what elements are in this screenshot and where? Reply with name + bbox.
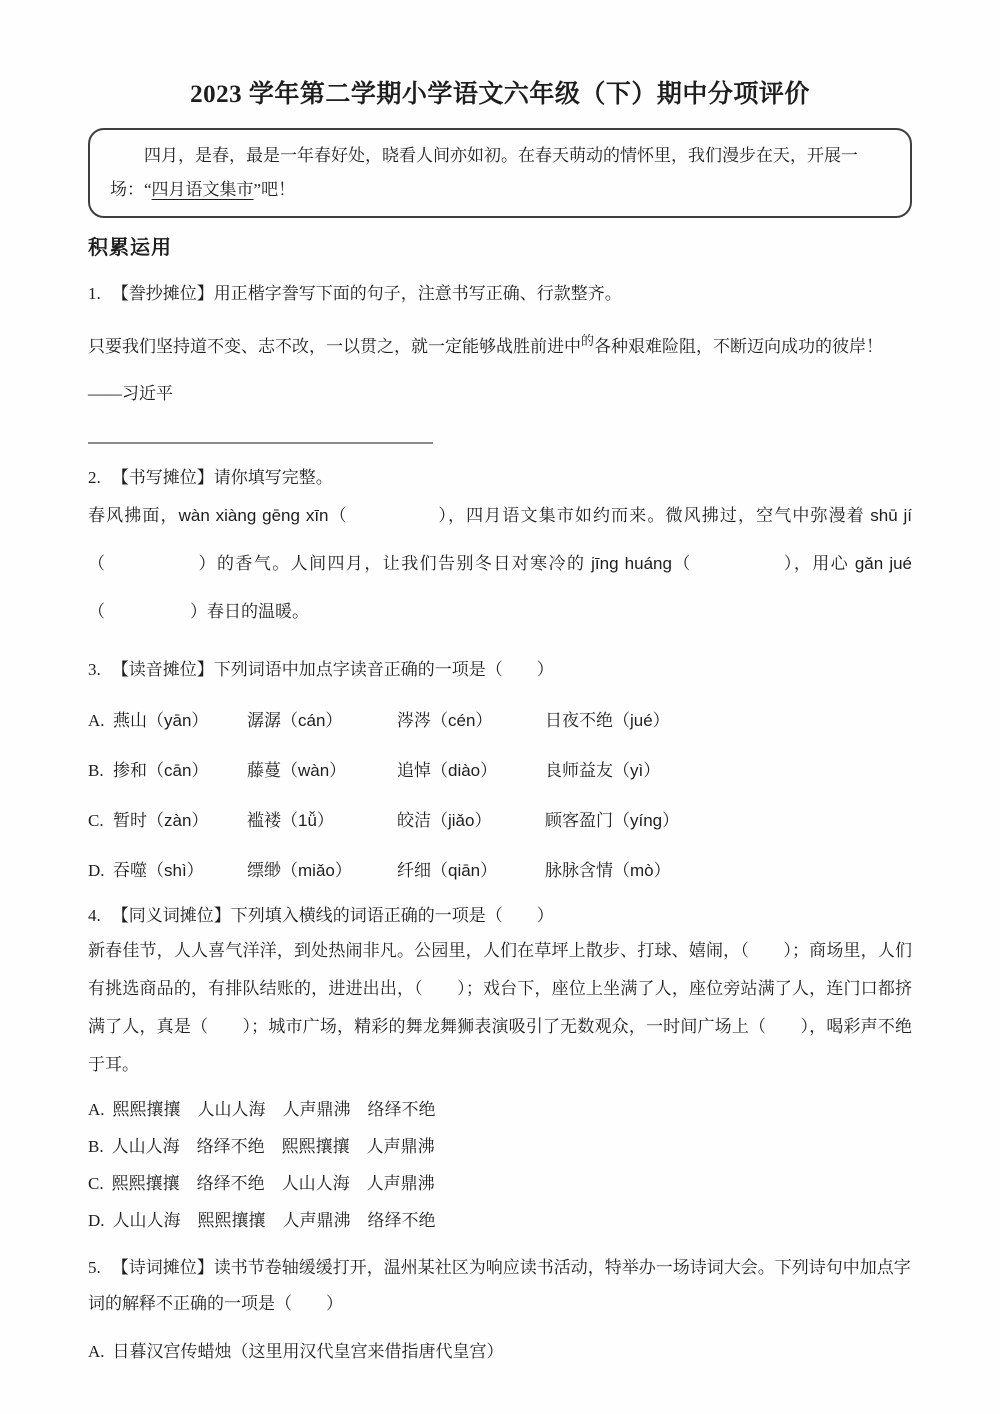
q2-seg4: （ ），用心: [672, 554, 855, 573]
question-2-header: 2.【书写摊位】请你填写完整。: [88, 466, 912, 490]
q2-seg3: （ ）的香气。人间四月，让我们告别冬日对寒冷的: [88, 554, 591, 573]
q3-option-row-a: A. 燕山（yān） 潺潺（cán） 涔涔（cén） 日夜不绝（jué）: [88, 710, 912, 732]
option-word: 暂时（zàn）: [113, 810, 247, 832]
option-word: 燕山（yān）: [113, 710, 247, 732]
question-5-header: 5.【诗词摊位】读书节卷轴缓缓打开，温州某社区为响应读书活动，特举办一场诗词大会…: [88, 1250, 912, 1322]
question-3-tag: 【读音摊位】: [112, 660, 214, 679]
option-text: 人山人海 熙熙攘攘 人声鼎沸 络绎不绝: [113, 1211, 436, 1230]
option-key: A.: [88, 710, 113, 732]
q4-option-c: C.熙熙攘攘 络绎不绝 人山人海 人声鼎沸: [88, 1173, 912, 1195]
option-word: 皎洁（jiǎo）: [397, 810, 545, 832]
option-word: 涔涔（cén）: [397, 710, 545, 732]
answer-writing-line: [88, 442, 433, 444]
question-1-prompt: 用正楷字誊写下面的句子，注意书写正确、行款整齐。: [214, 284, 622, 303]
option-word: 吞噬（shì）: [113, 860, 247, 882]
question-4-header: 4.【同义词摊位】下列填入横线的词语正确的一项是（ ）: [88, 904, 912, 928]
question-1-number: 1.: [88, 284, 101, 303]
option-word: 日夜不绝（jué）: [545, 710, 912, 732]
option-word: 顾客盈门（yíng）: [545, 810, 912, 832]
intro-text-after: ”吧！: [254, 180, 296, 199]
option-word: 掺和（cān）: [113, 760, 247, 782]
option-text: 人山人海 络绎不绝 熙熙攘攘 人声鼎沸: [112, 1137, 435, 1156]
question-2-prompt: 请你填写完整。: [214, 468, 333, 487]
intro-box: 四月，是春，最是一年春好处，晓看人间亦如初。在春天萌动的情怀里，我们漫步在天，开…: [88, 128, 912, 218]
intro-text: 四月，是春，最是一年春好处，晓看人间亦如初。在春天萌动的情怀里，我们漫步在天，开…: [110, 139, 890, 207]
option-key: C.: [88, 1174, 104, 1193]
q1-sentence-after: 各种艰难险阻，不断迈向成功的彼岸！: [594, 337, 883, 356]
q2-seg1: 春风拂面，: [88, 506, 179, 525]
q3-option-row-d: D. 吞噬（shì） 缥缈（miǎo） 纤细（qiān） 脉脉含情（mò）: [88, 860, 912, 882]
question-5-tag: 【诗词摊位】: [112, 1258, 214, 1277]
option-key: A.: [88, 1100, 105, 1119]
q5-option-a: A.日暮汉宫传蜡烛（这里用汉代皇宫来借指唐代皇宫）: [88, 1340, 912, 1364]
question-2-tag: 【书写摊位】: [112, 468, 214, 487]
question-3-prompt: 下列词语中加点字读音正确的一项是（ ）: [214, 660, 554, 679]
question-3-number: 3.: [88, 660, 101, 679]
intro-underlined-phrase: 四月语文集市: [152, 180, 254, 199]
option-word: 藤蔓（wàn）: [247, 760, 397, 782]
question-4-passage: 新春佳节，人人喜气洋洋，到处热闹非凡。公园里，人们在草坪上散步、打球、嬉闹，（ …: [88, 932, 912, 1084]
question-4-tag: 【同义词摊位】: [112, 906, 231, 925]
option-key: B.: [88, 1137, 104, 1156]
option-word: 脉脉含情（mò）: [545, 860, 912, 882]
option-word: 纤细（qiān）: [397, 860, 545, 882]
option-key: B.: [88, 760, 113, 782]
exam-paper-page: 2023 学年第二学期小学语文六年级（下）期中分项评价 四月，是春，最是一年春好…: [0, 0, 1000, 1414]
question-4-number: 4.: [88, 906, 101, 925]
option-text: 日暮汉宫传蜡烛（这里用汉代皇宫来借指唐代皇宫）: [113, 1342, 504, 1361]
q3-option-row-c: C. 暂时（zàn） 褴褛（1ǚ） 皎洁（jiǎo） 顾客盈门（yíng）: [88, 810, 912, 832]
option-word: 追悼（diào）: [397, 760, 545, 782]
q2-pinyin-1: wàn xiàng gēng xīn: [179, 506, 329, 525]
section-heading: 积累运用: [88, 236, 912, 260]
question-1-header: 1.【誊抄摊位】用正楷字誊写下面的句子，注意书写正确、行款整齐。: [88, 282, 912, 306]
question-3-header: 3.【读音摊位】下列词语中加点字读音正确的一项是（ ）: [88, 658, 912, 682]
option-key: D.: [88, 860, 113, 882]
option-text: 熙熙攘攘 络绎不绝 人山人海 人声鼎沸: [112, 1174, 435, 1193]
question-2-passage: 春风拂面，wàn xiàng gēng xīn（ ），四月语文集市如约而来。微风…: [88, 492, 912, 636]
q3-option-row-b: B. 掺和（cān） 藤蔓（wàn） 追悼（diào） 良师益友（yì）: [88, 760, 912, 782]
question-1-sentence: 只要我们坚持道不变、志不改，一以贯之，就一定能够战胜前进中的各种艰难险阻，不断迈…: [88, 328, 912, 360]
q4-option-d: D.人山人海 熙熙攘攘 人声鼎沸 络绎不绝: [88, 1210, 912, 1232]
q4-option-a: A.熙熙攘攘 人山人海 人声鼎沸 络绎不绝: [88, 1099, 912, 1121]
q2-pinyin-2: shū jí: [870, 506, 912, 525]
q4-option-b: B.人山人海 络绎不绝 熙熙攘攘 人声鼎沸: [88, 1136, 912, 1158]
option-word: 潺潺（cán）: [247, 710, 397, 732]
question-5-number: 5.: [88, 1258, 101, 1277]
q1-sentence-before: 只要我们坚持道不变、志不改，一以贯之，就一定能够战胜前进中: [88, 337, 581, 356]
q2-seg5: （ ）春日的温暖。: [88, 602, 309, 621]
q2-seg2: （ ），四月语文集市如约而来。微风拂过，空气中弥漫着: [329, 506, 871, 525]
page-title: 2023 学年第二学期小学语文六年级（下）期中分项评价: [88, 78, 912, 112]
q2-pinyin-3: jīng huáng: [591, 554, 672, 573]
q1-inserted-char: 的: [581, 333, 594, 348]
option-word: 褴褛（1ǚ）: [247, 810, 397, 832]
option-key: C.: [88, 810, 113, 832]
q2-pinyin-4: gǎn jué: [855, 554, 912, 573]
option-key: D.: [88, 1211, 105, 1230]
question-2-number: 2.: [88, 468, 101, 487]
option-word: 缥缈（miǎo）: [247, 860, 397, 882]
question-1-attribution: ——习近平: [88, 382, 912, 406]
question-4-prompt: 下列填入横线的词语正确的一项是（ ）: [231, 906, 554, 925]
option-text: 熙熙攘攘 人山人海 人声鼎沸 络绎不绝: [113, 1100, 436, 1119]
question-1-tag: 【誊抄摊位】: [112, 284, 214, 303]
option-word: 良师益友（yì）: [545, 760, 912, 782]
option-key: A.: [88, 1342, 105, 1361]
